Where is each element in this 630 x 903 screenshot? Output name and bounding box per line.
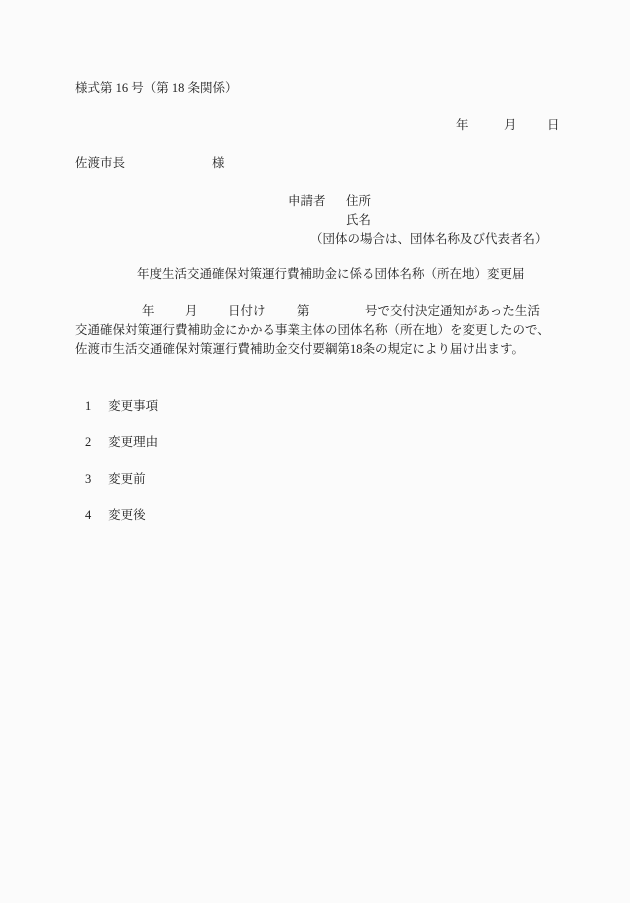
body-line1-text: 号で交付決定通知があった生活 (365, 304, 540, 318)
document-page: 様式第 16 号（第 18 条関係） 年 月 日 佐渡市長 様 申請者 住所 氏… (0, 0, 630, 903)
body-line3-text: 佐渡市生活交通確保対策運行費補助金交付要綱第18条の規定により届け出ます。 (75, 342, 524, 356)
item-3-label: 変更前 (108, 472, 146, 486)
date-day-label: 日 (547, 118, 560, 132)
addressee-honorific: 様 (212, 156, 225, 170)
body-date-year-label: 年 (142, 304, 155, 318)
item-2-label: 変更理由 (108, 435, 158, 449)
applicant-address-label: 住所 (346, 194, 371, 208)
item-4-number: 4 (85, 508, 105, 522)
addressee-name: 佐渡市長 (75, 156, 125, 170)
list-item-change-details: 1 変更事項 (85, 399, 158, 413)
applicant-group-note: （団体の場合は、団体名称及び代表者名） (310, 232, 548, 246)
item-3-number: 3 (85, 472, 105, 486)
item-4-label: 変更後 (108, 508, 146, 522)
item-1-label: 変更事項 (108, 399, 158, 413)
item-1-number: 1 (85, 399, 105, 413)
form-number-label: 様式第 16 号（第 18 条関係） (75, 81, 238, 95)
body-line2-text: 交通確保対策運行費補助金にかかる事業主体の団体名称（所在地）を変更したので、 (75, 323, 550, 337)
list-item-before-change: 3 変更前 (85, 472, 146, 486)
body-date-month-label: 月 (185, 304, 198, 318)
applicant-label: 申請者 (288, 194, 326, 208)
date-year-label: 年 (456, 118, 469, 132)
item-2-number: 2 (85, 435, 105, 449)
list-item-change-reason: 2 変更理由 (85, 435, 158, 449)
list-item-after-change: 4 変更後 (85, 508, 146, 522)
body-date-day-label: 日付け (228, 304, 266, 318)
applicant-name-label: 氏名 (346, 213, 371, 227)
body-number-prefix: 第 (297, 304, 310, 318)
date-month-label: 月 (504, 118, 517, 132)
document-title: 年度生活交通確保対策運行費補助金に係る団体名称（所在地）変更届 (137, 267, 525, 281)
